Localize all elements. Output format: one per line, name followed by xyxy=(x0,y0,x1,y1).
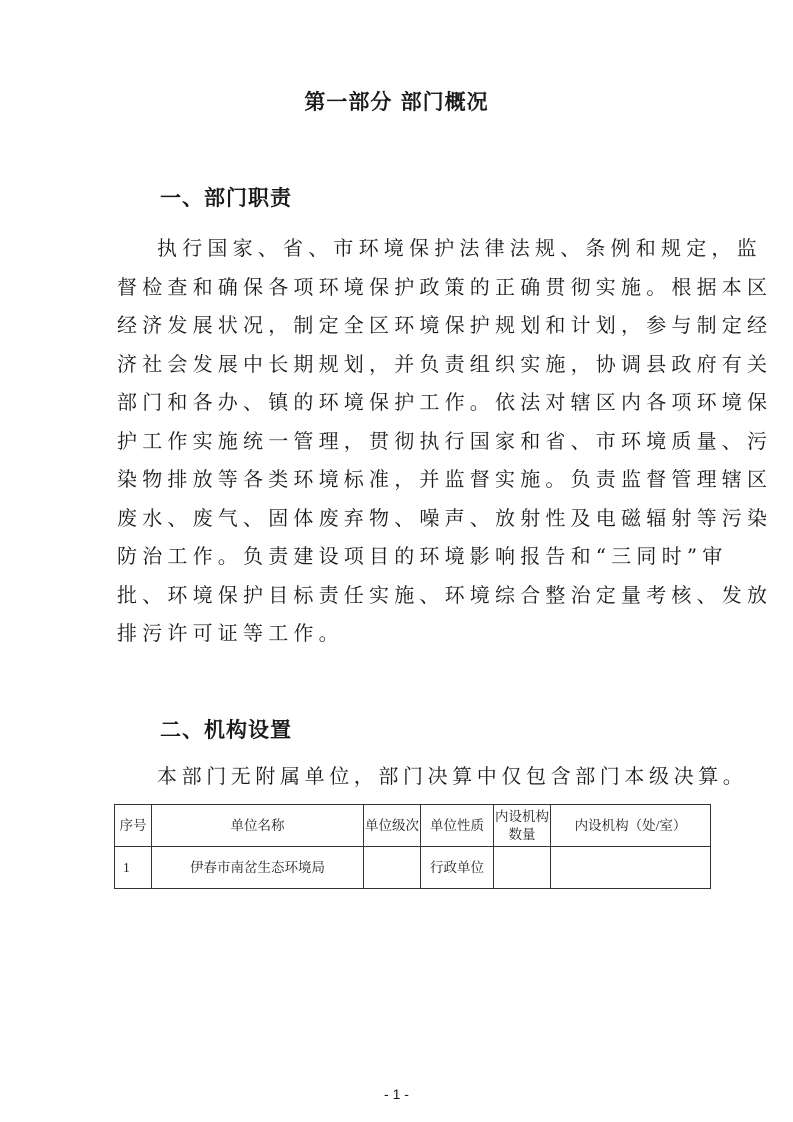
paragraph-line: 济社会发展中长期规划，并负责组织实施，协调县政府有关 xyxy=(117,345,683,384)
header-internal-units: 内设机构（处/室） xyxy=(551,805,711,847)
paragraph-line: 护工作实施统一管理，贯彻执行国家和省、市环境质量、污 xyxy=(117,422,683,461)
section-heading-organization: 二、机构设置 xyxy=(160,714,292,744)
responsibilities-paragraph: 执行国家、省、市环境保护法律法规、条例和规定，监 督检查和确保各项环境保护政策的… xyxy=(117,229,683,653)
cell-unit-nature: 行政单位 xyxy=(421,847,494,889)
header-unit-nature: 单位性质 xyxy=(421,805,494,847)
page-number: - 1 - xyxy=(0,1086,793,1102)
cell-unit-level xyxy=(364,847,421,889)
section-heading-responsibilities: 一、部门职责 xyxy=(160,182,292,212)
organization-note: 本部门无附属单位，部门决算中仅包含部门本级决算。 xyxy=(157,760,747,789)
page-title: 第一部分 部门概况 xyxy=(0,86,793,116)
table-header-row: 序号 单位名称 单位级次 单位性质 内设机构数量 内设机构（处/室） xyxy=(115,805,711,847)
cell-unit-name: 伊春市南岔生态环境局 xyxy=(152,847,364,889)
paragraph-line: 执行国家、省、市环境保护法律法规、条例和规定，监 xyxy=(117,229,683,268)
cell-serial: 1 xyxy=(115,847,152,889)
paragraph-line: 督检查和确保各项环境保护政策的正确贯彻实施。根据本区 xyxy=(117,268,683,307)
paragraph-line: 部门和各办、镇的环境保护工作。依法对辖区内各项环境保 xyxy=(117,383,683,422)
paragraph-line: 排污许可证等工作。 xyxy=(117,614,683,653)
table-row: 1 伊春市南岔生态环境局 行政单位 xyxy=(115,847,711,889)
cell-internal-count xyxy=(494,847,551,889)
header-unit-level: 单位级次 xyxy=(364,805,421,847)
paragraph-line: 废水、废气、固体废弃物、噪声、放射性及电磁辐射等污染 xyxy=(117,499,683,538)
paragraph-line: 防治工作。负责建设项目的环境影响报告和“三同时”审 xyxy=(117,537,683,576)
organization-table: 序号 单位名称 单位级次 单位性质 内设机构数量 内设机构（处/室） 1 伊春市… xyxy=(114,804,711,889)
header-unit-name: 单位名称 xyxy=(152,805,364,847)
header-internal-count: 内设机构数量 xyxy=(494,805,551,847)
paragraph-line: 经济发展状况，制定全区环境保护规划和计划，参与制定经 xyxy=(117,306,683,345)
paragraph-line: 批、环境保护目标责任实施、环境综合整治定量考核、发放 xyxy=(117,576,683,615)
paragraph-line: 染物排放等各类环境标准，并监督实施。负责监督管理辖区 xyxy=(117,460,683,499)
header-serial: 序号 xyxy=(115,805,152,847)
cell-internal-units xyxy=(551,847,711,889)
